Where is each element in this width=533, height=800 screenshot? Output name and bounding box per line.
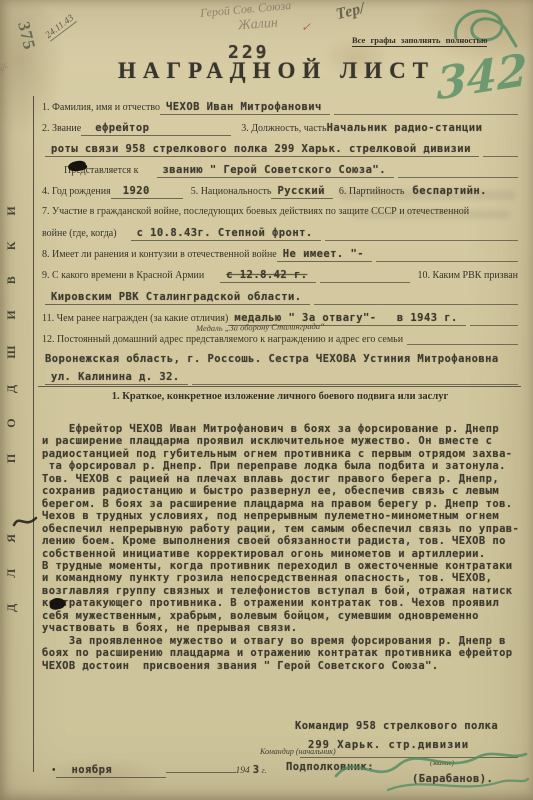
field-4-label: 4. Год рождения	[42, 186, 111, 197]
field-12-label-row: 12. Постоянный домашний адрес представля…	[42, 334, 518, 345]
rule-line	[192, 381, 518, 385]
instruction-note: Все графы заполнять полностью	[352, 35, 487, 45]
date-month-segment: ноября	[56, 764, 166, 778]
red-checkmark: ✓	[301, 20, 311, 35]
body-line: участвовать в боях, не прерывая связи.	[42, 622, 530, 634]
field-3-value: Начальник радио-станции	[327, 122, 483, 134]
body-line: себя мужественным, храбрым, волевым бойц…	[42, 610, 530, 622]
field-2-3-row: 2. Звание ефрейтор 3. Должность, часть Н…	[42, 122, 518, 136]
stalingrad-medal-note: Медаль „За оборону Сталинграда“	[196, 321, 325, 333]
body-line: Тов. ЧЕХОВ с рацией на плечах вплавь дос…	[42, 473, 530, 485]
rule-line	[398, 174, 518, 178]
body-line: берегом. В боях за расширение плацдарма …	[42, 498, 530, 510]
margin-ink-scribble	[12, 512, 38, 530]
body-line: возглавляя группу связных и телефонистов…	[42, 585, 530, 597]
date-row: • ноября 194 3 г.	[52, 764, 267, 778]
instruction-text: Все графы заполнять полностью	[352, 35, 487, 47]
field-2-value: ефрейтор	[81, 122, 231, 136]
body-line: лению боем. Кроме выполнения своей обяза…	[42, 535, 530, 547]
pencil-note-name: Жалин	[237, 16, 278, 35]
field-7-label2: войне (где, когда)	[42, 228, 117, 239]
section-heading: 1. Краткое, конкретное изложение личного…	[42, 391, 518, 402]
field-4-value: 1920	[111, 185, 183, 199]
field-10-label: 10. Каким РВК призван	[418, 270, 518, 281]
rule-line	[470, 322, 518, 326]
field-8-label: 8. Имеет ли ранения и контузии в отечест…	[42, 249, 277, 260]
field-5-label: 5. Национальность	[191, 186, 272, 197]
pencil-note-ter: Тер/	[334, 0, 366, 24]
field-9-label: 9. С какого времени в Красной Армии	[42, 270, 204, 281]
field-1-row: 1. Фамилия, имя и отчество ЧЕХОВ Иван Ми…	[42, 101, 518, 115]
field-8-row: 8. Имеет ли ранения и контузии в отечест…	[42, 248, 518, 262]
field-3-value2: роты связи 958 стрелкового полка 299 Хар…	[45, 143, 479, 157]
field-3-continuation-row: роты связи 958 стрелкового полка 299 Хар…	[45, 143, 518, 157]
section-divider-rule	[38, 386, 521, 387]
field-1-label: 1. Фамилия, имя и отчество	[42, 102, 160, 113]
body-line: собственной инициативе корректировал ого…	[42, 548, 530, 560]
award-sheet-document: Герой Сов. Союза Жалин ✓ Тер/ 375 24.11.…	[0, 0, 533, 800]
margin-rule	[33, 96, 34, 772]
rule-line	[376, 258, 518, 262]
body-line: боях по расширению плацдарма и отражению…	[42, 647, 530, 659]
field-12-value1-row: Воронежская область, г. Россошь. Сестра …	[45, 353, 518, 365]
rule-line	[334, 111, 518, 115]
field-7-label: 7. Участие в гражданской войне, последую…	[42, 206, 469, 217]
green-signature-scribble	[330, 744, 530, 796]
nominated-for-value: званию " Герой Советского Союза".	[157, 164, 394, 178]
field-12-value1: Воронежская область, г. Россошь. Сестра …	[45, 353, 499, 365]
field-3-label: 3. Должность, часть	[241, 123, 326, 134]
body-line: Чехов в трудных условиях, под непрерывны…	[42, 510, 530, 522]
body-line: та форсировал р. Днепр. При переправе ло…	[42, 460, 530, 472]
field-8-value: Не имеет. "-	[277, 248, 372, 262]
date-blank-segment	[166, 771, 236, 773]
body-line: За проявленное мужество и отвагу во врем…	[42, 635, 530, 647]
field-9-value: с 12.8.42 г.	[220, 269, 315, 283]
field-6-value: беспартийн.	[412, 185, 487, 197]
field-1-value: ЧЕХОВ Иван Митрофанович	[160, 101, 330, 115]
rule-line	[314, 301, 518, 305]
body-line: и расширение плацдарма проявил исключите…	[42, 435, 530, 447]
field-10-value: Кировским РВК Сталинградской области.	[45, 291, 310, 305]
rule-line	[325, 237, 518, 241]
field-6-label: 6. Партийность	[339, 186, 405, 197]
field-9-10-row: 9. С какого времени в Красной Армии с 12…	[42, 269, 518, 283]
field-4-5-6-row: 4. Год рождения 1920 5. Национальность Р…	[42, 185, 518, 199]
date-year-suffix: г.	[262, 766, 267, 775]
body-line: Ефрейтор ЧЕХОВ Иван Митрофанович в боях …	[42, 423, 530, 435]
body-line: сохранив радиостанцию и быстро развернул…	[42, 485, 530, 497]
field-7-value-row: войне (где, когда) с 10.8.43г. Степной ф…	[42, 227, 518, 241]
field-5-value: Русский	[271, 185, 332, 199]
signature-commander-line1: Командир 958 стрелкового полка	[295, 720, 498, 732]
field-7-label-row: 7. Участие в гражданской войне, последую…	[42, 206, 518, 217]
field-2-label: 2. Звание	[42, 123, 81, 134]
field-12-label: 12. Постоянный домашний адрес представля…	[42, 334, 403, 345]
field-12-value2-row: ул. Калинина д. 32.	[45, 371, 518, 385]
corner-date-mark: 24.11.43	[44, 13, 77, 41]
rule-line	[483, 153, 518, 157]
field-10-value-row: Кировским РВК Сталинградской области.	[45, 291, 518, 305]
body-line: обеспечил непрерывную работу рации, тем …	[42, 523, 530, 535]
preprinted-role-label: Командир (начальник)	[260, 747, 336, 756]
body-line: и командному пункту грозила непосредстве…	[42, 572, 530, 584]
date-month-value: ноября	[62, 764, 113, 776]
body-line: В трудные моменты, когда противник перех…	[42, 560, 530, 572]
page-title: НАГРАДНОЙ ЛИСТ	[0, 58, 533, 84]
rule-line	[320, 279, 410, 283]
field-7-value: с 10.8.43г. Степной фронт.	[131, 227, 321, 241]
citation-body: Ефрейтор ЧЕХОВ Иван Митрофанович в боях …	[42, 423, 530, 672]
field-12-value2: ул. Калинина д. 32.	[45, 371, 188, 385]
nominated-for-row: Представляется к званию " Герой Советско…	[64, 164, 518, 178]
body-line: контратакующего противника. В отражении …	[42, 597, 530, 609]
margin-vertical-text: ДЛЯ ПОДШИВКИ	[4, 152, 19, 612]
body-line: радиостанцией под губительным огнем прот…	[42, 448, 530, 460]
rule-line	[407, 341, 518, 345]
date-year-typed: 3	[253, 764, 260, 776]
corner-number-mark: 375	[13, 20, 39, 52]
body-line: ЧЕХОВ достоин присвоения звания " Герой …	[42, 660, 530, 672]
date-year-preprinted: 194	[236, 766, 250, 776]
